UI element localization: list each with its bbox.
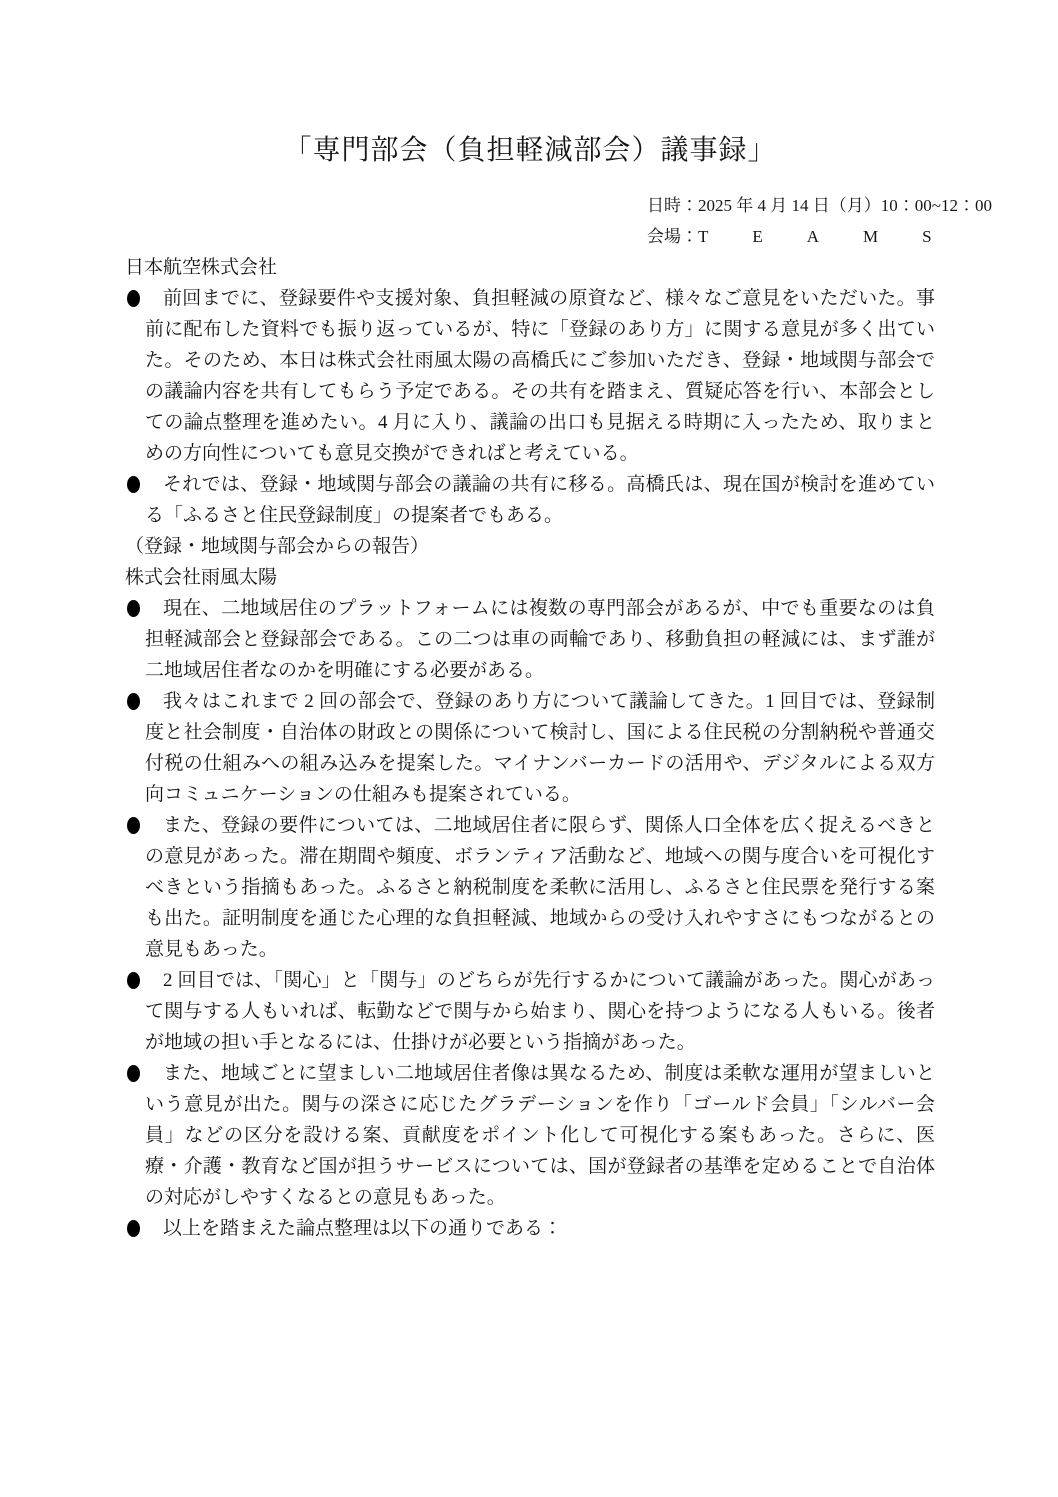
bullet-icon — [127, 1220, 140, 1237]
bullet-text: 2 回目では、「関心」と「関与」のどちらが先行するかについて議論があった。関心が… — [145, 970, 935, 1053]
bullet-item: 我々はこれまで 2 回の部会で、登録のあり方について議論してきた。1 回目では、… — [125, 686, 935, 810]
bullet-icon — [127, 476, 140, 493]
meta-datetime: 日時：2025 年 4 月 14 日（月）10：00~12：00 — [647, 190, 935, 221]
bullet-item: それでは、登録・地域関与部会の議論の共有に移る。高橋氏は、現在国が検討を進めてい… — [125, 469, 935, 531]
meta-venue: 会場：TEAMS — [647, 221, 935, 252]
meta-venue-value: TEAMS — [698, 227, 976, 246]
meta-block: 日時：2025 年 4 月 14 日（月）10：00~12：00 会場：TEAM… — [647, 190, 935, 252]
bullet-text: 我々はこれまで 2 回の部会で、登録のあり方について議論してきた。1 回目では、… — [145, 691, 935, 805]
bullet-text: 現在、二地域居住のプラットフォームには複数の専門部会があるが、中でも重要なのは負… — [145, 598, 935, 681]
bullet-item: 以上を踏まえた論点整理は以下の通りである： — [125, 1213, 935, 1244]
bullet-item: 前回までに、登録要件や支援対象、負担軽減の原資など、様々なご意見をいただいた。事… — [125, 283, 935, 469]
bullet-list-report: 現在、二地域居住のプラットフォームには複数の専門部会があるが、中でも重要なのは負… — [125, 593, 935, 1244]
bullet-text: 前回までに、登録要件や支援対象、負担軽減の原資など、様々なご意見をいただいた。事… — [145, 288, 935, 464]
meta-venue-label: 会場： — [647, 227, 698, 246]
bullet-text: 以上を踏まえた論点整理は以下の通りである： — [163, 1218, 562, 1239]
bullet-icon — [127, 693, 140, 710]
bullet-list-opening: 前回までに、登録要件や支援対象、負担軽減の原資など、様々なご意見をいただいた。事… — [125, 283, 935, 531]
bullet-item: 2 回目では、「関心」と「関与」のどちらが先行するかについて議論があった。関心が… — [125, 965, 935, 1058]
bullet-item: また、地域ごとに望ましい二地域居住者像は異なるため、制度は柔軟な運用が望ましいと… — [125, 1058, 935, 1213]
bullet-icon — [127, 817, 140, 834]
bullet-text: また、地域ごとに望ましい二地域居住者像は異なるため、制度は柔軟な運用が望ましいと… — [145, 1063, 935, 1208]
bullet-icon — [127, 290, 140, 307]
document-page: 「専門部会（負担軽減部会）議事録」 日時：2025 年 4 月 14 日（月）1… — [0, 0, 1058, 1497]
bullet-icon — [127, 972, 140, 989]
bullet-item: また、登録の要件については、二地域居住者に限らず、関係人口全体を広く捉えるべきと… — [125, 810, 935, 965]
bullet-icon — [127, 600, 140, 617]
speaker-company-jal: 日本航空株式会社 — [125, 252, 935, 283]
bullet-icon — [127, 1065, 140, 1082]
bullet-text: それでは、登録・地域関与部会の議論の共有に移る。高橋氏は、現在国が検討を進めてい… — [145, 474, 935, 526]
report-section-heading: （登録・地域関与部会からの報告） — [125, 531, 935, 562]
speaker-company-amekaze: 株式会社雨風太陽 — [125, 562, 935, 593]
page-title: 「専門部会（負担軽減部会）議事録」 — [125, 128, 935, 174]
bullet-text: また、登録の要件については、二地域居住者に限らず、関係人口全体を広く捉えるべきと… — [145, 815, 935, 960]
bullet-item: 現在、二地域居住のプラットフォームには複数の専門部会があるが、中でも重要なのは負… — [125, 593, 935, 686]
